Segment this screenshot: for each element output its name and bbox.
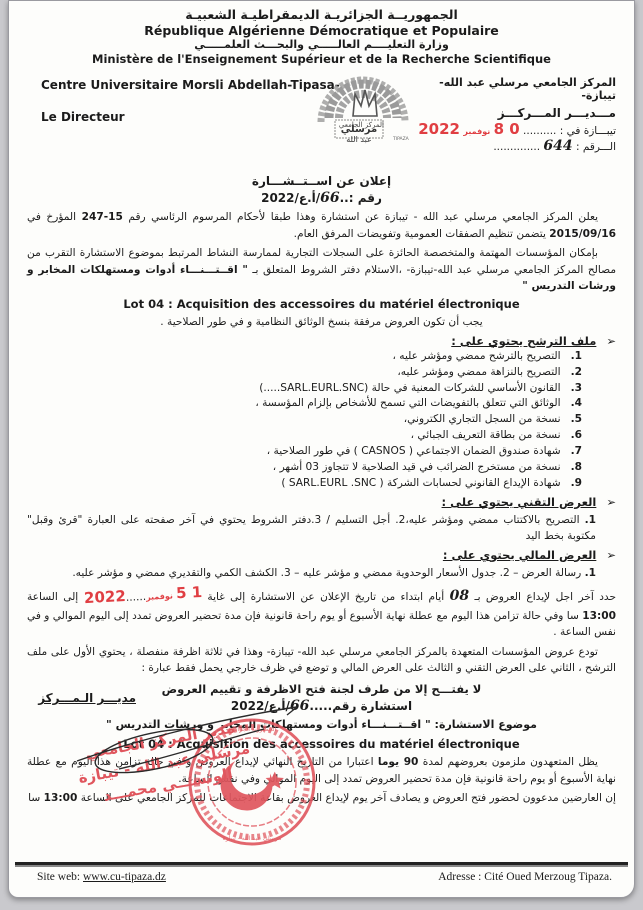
ref-suffix: /أ.ع/2022	[261, 191, 320, 205]
date-dots: ..........	[523, 125, 556, 137]
page-footer: Site web: www.cu-tipaza.dz Adresse : Cit…	[9, 862, 634, 883]
lot-title: Lot 04 : Acquisition des accessoires du …	[27, 297, 616, 311]
document-page: الجمهوريــة الجزائريـة الديمقراطيـة الشع…	[8, 0, 635, 898]
svg-text:عبد الله: عبد الله	[346, 135, 372, 144]
technical-item-text: التصريح بالاكتتاب ممضي ومؤشر عليه،2. أجل…	[27, 514, 596, 542]
list-item: نسخة من بطاقة التعريف الجبائي ،	[27, 428, 582, 444]
intro-text2: المؤرخ في	[27, 211, 76, 223]
deadline-date-stamp: 1 5 نوفمبر......2022	[83, 581, 202, 610]
list-item: التصريح بالترشح ممضي ومؤشر عليه ،	[27, 349, 582, 365]
deadline-text: حدد آخر اجل لإيداع العروض بـ	[474, 591, 616, 603]
ministry-title-fr: Ministère de l'Enseignement Supérieur et…	[27, 52, 616, 66]
stamp-dots: ......	[125, 591, 146, 604]
number-label: الـــرقم :	[576, 141, 616, 153]
identity-row: Centre Universitaire Morsli Abdellah-Tip…	[27, 76, 616, 172]
center-name-ar: المركز الجامعي مرسلي عبد الله- تيبازة-	[401, 76, 616, 102]
footer-divider	[15, 862, 628, 865]
invitation-paragraph: بإمكان المؤسسات المهتمة والمتخصصة الحائز…	[27, 245, 616, 294]
financial-title-text: العرض المالي يحتوي على :	[443, 548, 596, 562]
signature-zone: مديـــر الـمـــركز مدير المركز الجامعي م…	[9, 689, 634, 859]
site-web: Site web: www.cu-tipaza.dz	[37, 871, 166, 883]
ministry-title-ar: وزارة التعليــــم العالـــــي والبحـــث …	[27, 38, 616, 52]
item-number: 1.	[585, 567, 596, 579]
announcement-title: إعلان عن اســتــشـــارة	[27, 174, 616, 188]
technical-item: 1. التصريح بالاكتتاب ممضي ومؤشر عليه،2. …	[27, 512, 596, 545]
address: Adresse : Cité Oued Merzoug Tipaza.	[438, 871, 612, 883]
intro-paragraph: يعلن المركز الجامعي مرسلي عبد الله - تيب…	[27, 209, 616, 242]
site-url-link[interactable]: www.cu-tipaza.dz	[83, 871, 166, 883]
ref-dots: ..	[340, 191, 349, 205]
list-item: شهادة صندوق الضمان الاجتماعي ( CASNOS ) …	[27, 444, 582, 460]
validity-note: يجب أن تكون العروض مرفقة بنسخ الوثائق ال…	[27, 314, 616, 330]
list-item: القانون الأساسي للشركات المعنية في حالة …	[27, 381, 582, 397]
svg-text:مرسلي: مرسلي	[341, 124, 377, 135]
number-dots: ..............	[493, 141, 540, 153]
announcement-ref: رقم :..66/أ.ع/2022	[27, 190, 616, 206]
handwritten-number: 644	[543, 138, 572, 154]
date-stamp-year: 2022	[418, 120, 460, 138]
financial-item: 1. رسالة العرض – 2. جدول الأسعار الوحدوي…	[27, 565, 596, 581]
arrow-icon: ➢	[606, 334, 616, 348]
republic-title-ar: الجمهوريــة الجزائريـة الديمقراطيـة الشع…	[27, 7, 616, 23]
deadline-time: 13:00	[582, 610, 616, 622]
financial-section-title: ➢ العرض المالي يحتوي على :	[27, 548, 616, 562]
candidature-title-text: ملف الترشح يحتوي على :	[451, 334, 596, 348]
deadline-text2: أيام ابتداء من تاريخ الإعلان عن الاستشار…	[207, 591, 444, 603]
svg-text:مرسلي عبد الله - تيبازة: مرسلي عبد الله - تيبازة	[223, 835, 282, 842]
technical-section-title: ➢ العرض التقني يحتوي على :	[27, 495, 616, 509]
financial-item-text: رسالة العرض – 2. جدول الأسعار الوحدوية م…	[72, 567, 581, 579]
center-name-fr: Centre Universitaire Morsli Abdellah-Tip…	[41, 78, 340, 92]
signature-icon	[59, 699, 359, 789]
handwritten-days: 08	[450, 588, 469, 604]
center-identity-ar: المركز الجامعي مرسلي عبد الله- تيبازة- م…	[401, 76, 616, 154]
site-label: Site web:	[37, 871, 80, 883]
date-stamp-day: 0 8	[494, 120, 520, 138]
stamp-day: 1 5	[175, 583, 202, 602]
stamp-month: نوفمبر	[145, 591, 172, 601]
arrow-icon: ➢	[606, 495, 616, 509]
list-item: شهادة الإيداع القانوني لحسابات الشركة ( …	[27, 476, 582, 492]
item-number: 1.	[585, 514, 596, 526]
ref-handwritten-number: 66	[320, 190, 339, 206]
envelopes-paragraph: تودع عروض المؤسسات المتعهدة بالمركز الجا…	[27, 644, 616, 677]
list-item: التصريح بالنزاهة ممضي ومؤشر عليه،	[27, 365, 582, 381]
deadline-paragraph: حدد آخر اجل لإيداع العروض بـ 08 أيام ابت…	[27, 584, 616, 641]
technical-title-text: العرض التقني يحتوي على :	[442, 495, 597, 509]
intro-text: يعلن المركز الجامعي مرسلي عبد الله - تيب…	[128, 211, 598, 223]
ref-label: رقم :	[349, 191, 382, 205]
candidature-section-title: ➢ ملف الترشح يحتوي على :	[27, 334, 616, 348]
arrow-icon: ➢	[606, 548, 616, 562]
republic-title-fr: République Algérienne Démocratique et Po…	[27, 23, 616, 39]
director-label-ar: مـــديـــر المـــركـــز	[401, 106, 616, 120]
decree-date: 2015/09/16	[549, 228, 616, 240]
list-item: نسخة من السجل التجاري الكتروني،	[27, 412, 582, 428]
university-logo-icon: المركز الجامعي مرسلي عبد الله TIPAZA	[315, 72, 415, 154]
intro-text3: يتضمن تنظيم الصفقات العمومية وتفويضات ال…	[294, 228, 546, 240]
list-item: نسخة من مستخرج الضرائب في قيد الصلاحية ل…	[27, 460, 582, 476]
candidature-list: التصريح بالترشح ممضي ومؤشر عليه ، التصري…	[27, 349, 582, 492]
date-label: تيبـــازة في :	[560, 125, 616, 137]
date-stamp-month: نوفمبر	[463, 127, 490, 136]
decree-number: 15-247	[82, 211, 123, 223]
deadline-text3: إلى الساعة	[27, 591, 78, 603]
deadline-text4: سا وفي حالة تزامن هذا اليوم مع عطلة نهاي…	[27, 610, 616, 638]
date-line: تيبـــازة في : .......... 0 8 نوفمبر 202…	[401, 120, 616, 138]
center-identity-fr: Centre Universitaire Morsli Abdellah-Tip…	[41, 78, 340, 124]
number-line: الـــرقم : 644 ..............	[401, 138, 616, 154]
stamp-year: 2022	[83, 587, 126, 607]
director-label-fr: Le Directeur	[41, 110, 340, 124]
list-item: الوثائق التي تتعلق بالتفويضات التي تسمح …	[27, 396, 582, 412]
national-header: الجمهوريــة الجزائريـة الديمقراطيـة الشع…	[27, 7, 616, 66]
